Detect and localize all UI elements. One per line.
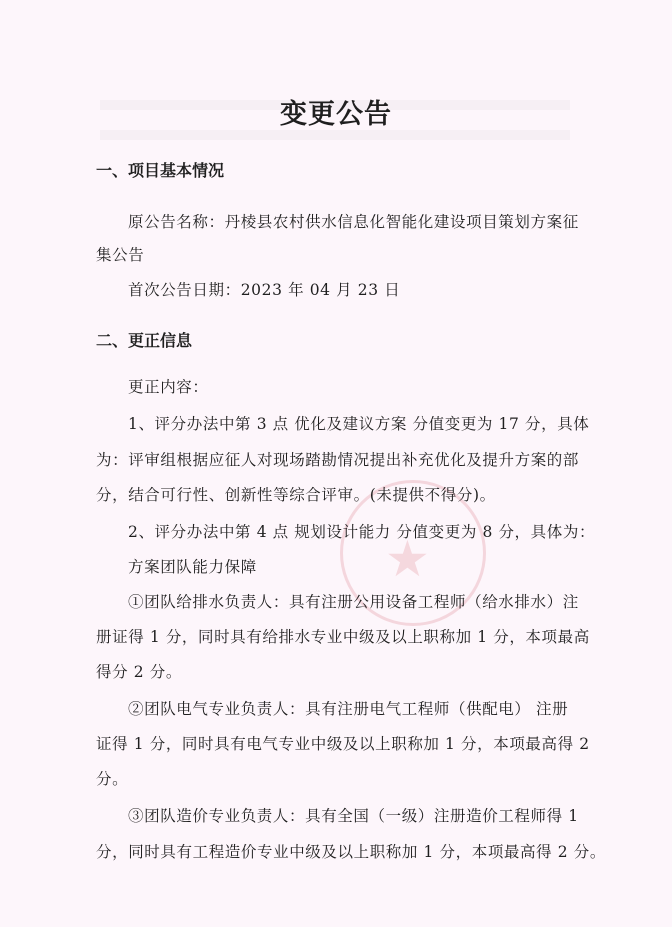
water-lead-line-3: 得分 2 分。 bbox=[96, 660, 182, 682]
original-notice-name-cont: 集公告 bbox=[96, 243, 144, 265]
bleed-through-text bbox=[100, 130, 570, 140]
team-capability-heading: 方案团队能力保障 bbox=[128, 555, 257, 577]
water-lead-line-1: ①团队给排水负责人：具有注册公用设备工程师（给水排水）注 bbox=[128, 590, 579, 612]
electrical-lead-line-1: ②团队电气专业负责人：具有注册电气工程师（供配电） 注册 bbox=[128, 697, 568, 719]
original-notice-name: 原公告名称：丹棱县农村供水信息化智能化建设项目策划方案征 bbox=[128, 210, 579, 232]
electrical-lead-line-2: 证得 1 分，同时具有电气专业中级及以上职称加 1 分，本项最高得 2 bbox=[96, 732, 590, 754]
water-lead-line-2: 册证得 1 分，同时具有给排水专业中级及以上职称加 1 分，本项最高 bbox=[96, 625, 590, 647]
first-notice-date: 首次公告日期：2023 年 04 月 23 日 bbox=[128, 278, 400, 300]
electrical-lead-line-3: 分。 bbox=[96, 767, 128, 789]
item-1-line-2: 为：评审组根据应征人对现场踏勘情况提出补充优化及提升方案的部 bbox=[96, 448, 579, 470]
cost-lead-line-2: 分，同时具有工程造价专业中级及以上职称加 1 分，本项最高得 2 分。 bbox=[96, 840, 606, 862]
section-heading-correction: 二、更正信息 bbox=[96, 328, 192, 351]
cost-lead-line-1: ③团队造价专业负责人：具有全国（一级）注册造价工程师得 1 bbox=[128, 804, 579, 826]
correction-label: 更正内容： bbox=[128, 375, 209, 397]
item-1-line-3: 分，结合可行性、创新性等综合评审。(未提供不得分)。 bbox=[96, 483, 496, 505]
document-page: ★ 变更公告 一、项目基本情况 原公告名称：丹棱县农村供水信息化智能化建设项目策… bbox=[0, 0, 672, 927]
page-title: 变更公告 bbox=[0, 92, 672, 131]
section-heading-basic-info: 一、项目基本情况 bbox=[96, 158, 224, 181]
item-1-line-1: 1、评分办法中第 3 点 优化及建议方案 分值变更为 17 分，具体 bbox=[128, 412, 589, 434]
item-2-line-1: 2、评分办法中第 4 点 规划设计能力 分值变更为 8 分，具体为： bbox=[128, 520, 595, 542]
